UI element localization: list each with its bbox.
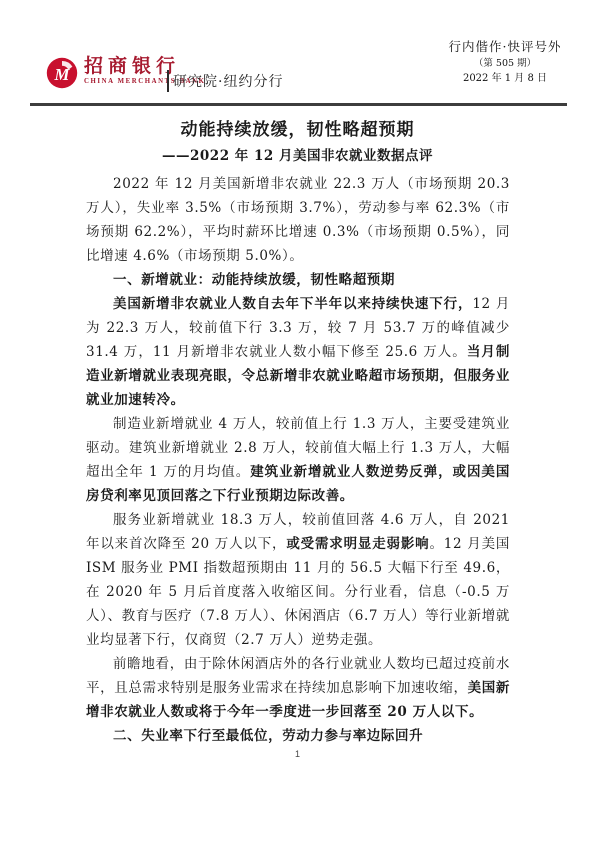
paragraph-text: 前瞻地看，由于除休闲酒店外的各行业就业人数均已超过疫前水平，且总需求特别是服务业… — [86, 656, 510, 696]
page-number: 1 — [0, 749, 595, 759]
report-title: 动能持续放缓，韧性略超预期 — [0, 115, 595, 140]
issue-number: （第 505 期） — [420, 56, 590, 71]
divider — [167, 70, 169, 92]
paragraph-outlook: 前瞻地看，由于除休闲酒店外的各行业就业人数均已超过疫前水平，且总需求特别是服务业… — [86, 652, 510, 724]
report-subtitle: ——2022 年 12 月美国非农就业数据点评 — [0, 144, 595, 164]
paragraph-text: 。12 月美国 ISM 服务业 PMI 指数超预期由 11 月的 56.5 大幅… — [86, 536, 510, 648]
paragraph-text: 美国新增非农就业人数自去年下半年以来持续快速下行， — [113, 296, 472, 312]
series-title: 行内偕作·快评号外 — [420, 38, 590, 56]
paragraph-text: 或受需求明显走弱影响 — [286, 536, 429, 552]
svg-text:M: M — [54, 65, 71, 84]
publish-date: 2022 年 1 月 8 日 — [420, 71, 590, 86]
report-page: M 招商银行 CHINA MERCHANTS BANK 研究院·纽约分行 行内偕… — [0, 0, 595, 842]
paragraph-summary: 2022 年 12 月美国新增非农就业 22.3 万人（市场预期 20.3 万人… — [86, 172, 510, 268]
paragraph-services: 服务业新增就业 18.3 万人，较前值回落 4.6 万人，自 2021 年以来首… — [86, 508, 510, 652]
page-header: M 招商银行 CHINA MERCHANTS BANK 研究院·纽约分行 行内偕… — [30, 0, 567, 106]
masthead: 行内偕作·快评号外 （第 505 期） 2022 年 1 月 8 日 — [420, 38, 590, 86]
division-block: 研究院·纽约分行 — [167, 68, 283, 94]
paragraph-manufacturing: 制造业新增就业 4 万人，较前值上行 1.3 万人，主要受建筑业驱动。建筑业新增… — [86, 412, 510, 508]
body-column: 2022 年 12 月美国新增非农就业 22.3 万人（市场预期 20.3 万人… — [86, 172, 510, 748]
section-heading-1: 一、新增就业：动能持续放缓，韧性略超预期 — [86, 268, 510, 292]
paragraph-text: 2022 年 12 月美国新增非农就业 22.3 万人（市场预期 20.3 万人… — [86, 176, 510, 264]
cmb-logo-icon: M — [46, 57, 78, 89]
division-label: 研究院·纽约分行 — [173, 71, 283, 91]
section-heading-2: 二、失业率下行至最低位，劳动力参与率边际回升 — [86, 724, 510, 748]
paragraph-payrolls: 美国新增非农就业人数自去年下半年以来持续快速下行，12 月为 22.3 万人，较… — [86, 292, 510, 412]
